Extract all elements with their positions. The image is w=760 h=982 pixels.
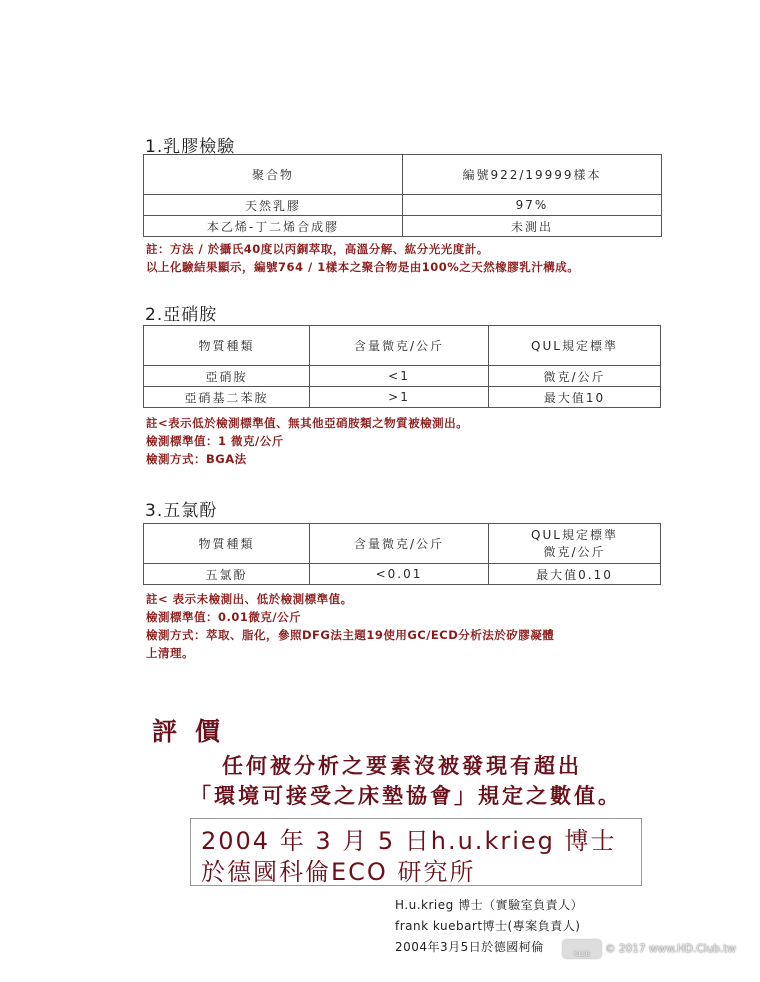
- table-cell: 最大值10: [489, 387, 661, 408]
- table-header-cell: 物質種類: [144, 524, 310, 564]
- latex-test-table: 聚合物 編號922/19999樣本 天然乳膠 97% 本乙烯-丁二烯合成膠 未測…: [143, 154, 662, 237]
- table-header-cell: 物質種類: [144, 326, 310, 366]
- table-cell: 最大值0.10: [489, 564, 661, 585]
- table-row: 亞硝基二苯胺 >1 最大值10: [144, 387, 661, 408]
- certificate-line: 2004 年 3 月 5 日h.u.krieg 博士: [201, 821, 617, 856]
- evaluation-line: 任何被分析之要素沒被發現有超出: [222, 750, 582, 780]
- table-header-cell: 聚合物: [144, 155, 403, 195]
- evaluation-title: 評價: [152, 712, 238, 748]
- certificate-box: 2004 年 3 月 5 日h.u.krieg 博士 於德國科倫ECO 研究所: [190, 818, 642, 886]
- section1-notes: 註：方法 / 於攝氏40度以丙銅萃取，高溫分解、紘分光光度計。 以上化驗結果顯示…: [146, 240, 579, 276]
- watermark: CLUB© 2017 www.HD.Club.tw: [563, 940, 736, 958]
- table-header-cell: 含量微克/公斤: [310, 326, 489, 366]
- table-cell: 微克/公斤: [489, 366, 661, 387]
- note-line: 檢測標準值：0.01微克/公斤: [146, 608, 554, 626]
- signature-line: 2004年3月5日於德國柯倫: [395, 937, 583, 958]
- table-row: 本乙烯-丁二烯合成膠 未測出: [144, 216, 662, 237]
- table-cell: 亞硝胺: [144, 366, 310, 387]
- table-row: 亞硝胺 <1 微克/公斤: [144, 366, 661, 387]
- watermark-text: © 2017 www.HD.Club.tw: [605, 943, 736, 955]
- signature-block: H.u.krieg 博士（實驗室負責人） frank kuebart博士(專案負…: [395, 895, 583, 958]
- signature-line: H.u.krieg 博士（實驗室負責人）: [395, 895, 583, 916]
- note-line: 註< 表示未檢測出、低於檢測標準值。: [146, 590, 554, 608]
- header-line: QUL規定標準: [489, 527, 660, 544]
- table-cell: 天然乳膠: [144, 195, 403, 216]
- section3-title: 3.五氯酚: [145, 496, 217, 521]
- table-header-cell: QUL規定標準: [489, 326, 661, 366]
- table-cell: >1: [310, 387, 489, 408]
- certificate-line: 於德國科倫ECO 研究所: [201, 852, 475, 887]
- section2-title: 2.亞硝胺: [145, 300, 217, 325]
- section3-notes: 註< 表示未檢測出、低於檢測標準值。 檢測標準值：0.01微克/公斤 檢測方式：…: [146, 590, 554, 662]
- table-cell: 97%: [403, 195, 662, 216]
- pcp-table: 物質種類 含量微克/公斤 QUL規定標準 微克/公斤 五氯酚 <0.01 最大值…: [143, 523, 661, 585]
- table-cell: 未測出: [403, 216, 662, 237]
- table-cell: 亞硝基二苯胺: [144, 387, 310, 408]
- table-cell: 本乙烯-丁二烯合成膠: [144, 216, 403, 237]
- note-line: 註<表示低於檢測標準值、無其他亞硝胺類之物質被檢測出。: [146, 414, 468, 432]
- header-line: 微克/公斤: [489, 544, 660, 561]
- evaluation-line: 「環境可接受之床墊協會」規定之數值。: [190, 780, 622, 810]
- section2-notes: 註<表示低於檢測標準值、無其他亞硝胺類之物質被檢測出。 檢測標準值：1 微克/公…: [146, 414, 468, 468]
- hd-club-logo-icon: CLUB: [563, 940, 601, 958]
- note-line: 註：方法 / 於攝氏40度以丙銅萃取，高溫分解、紘分光光度計。: [146, 240, 579, 258]
- signature-line: frank kuebart博士(專案負責人): [395, 916, 583, 937]
- note-line: 檢測標準值：1 微克/公斤: [146, 432, 468, 450]
- table-cell: <0.01: [310, 564, 489, 585]
- note-line: 檢測方式：萃取、脂化，參照DFG法主題19使用GC/ECD分析法於矽膠凝體: [146, 626, 554, 644]
- note-line: 以上化驗結果顯示，編號764 / 1樣本之聚合物是由100%之天然橡膠乳汁構成。: [146, 258, 579, 276]
- nitrosamine-table: 物質種類 含量微克/公斤 QUL規定標準 亞硝胺 <1 微克/公斤 亞硝基二苯胺…: [143, 325, 661, 408]
- table-cell: 五氯酚: [144, 564, 310, 585]
- table-header-cell: 編號922/19999樣本: [403, 155, 662, 195]
- table-header-cell: QUL規定標準 微克/公斤: [489, 524, 661, 564]
- table-cell: <1: [310, 366, 489, 387]
- table-row: 五氯酚 <0.01 最大值0.10: [144, 564, 661, 585]
- table-header-cell: 含量微克/公斤: [310, 524, 489, 564]
- table-row: 天然乳膠 97%: [144, 195, 662, 216]
- note-line: 檢測方式：BGA法: [146, 450, 468, 468]
- logo-text: CLUB: [563, 951, 601, 958]
- note-line: 上清理。: [146, 644, 554, 662]
